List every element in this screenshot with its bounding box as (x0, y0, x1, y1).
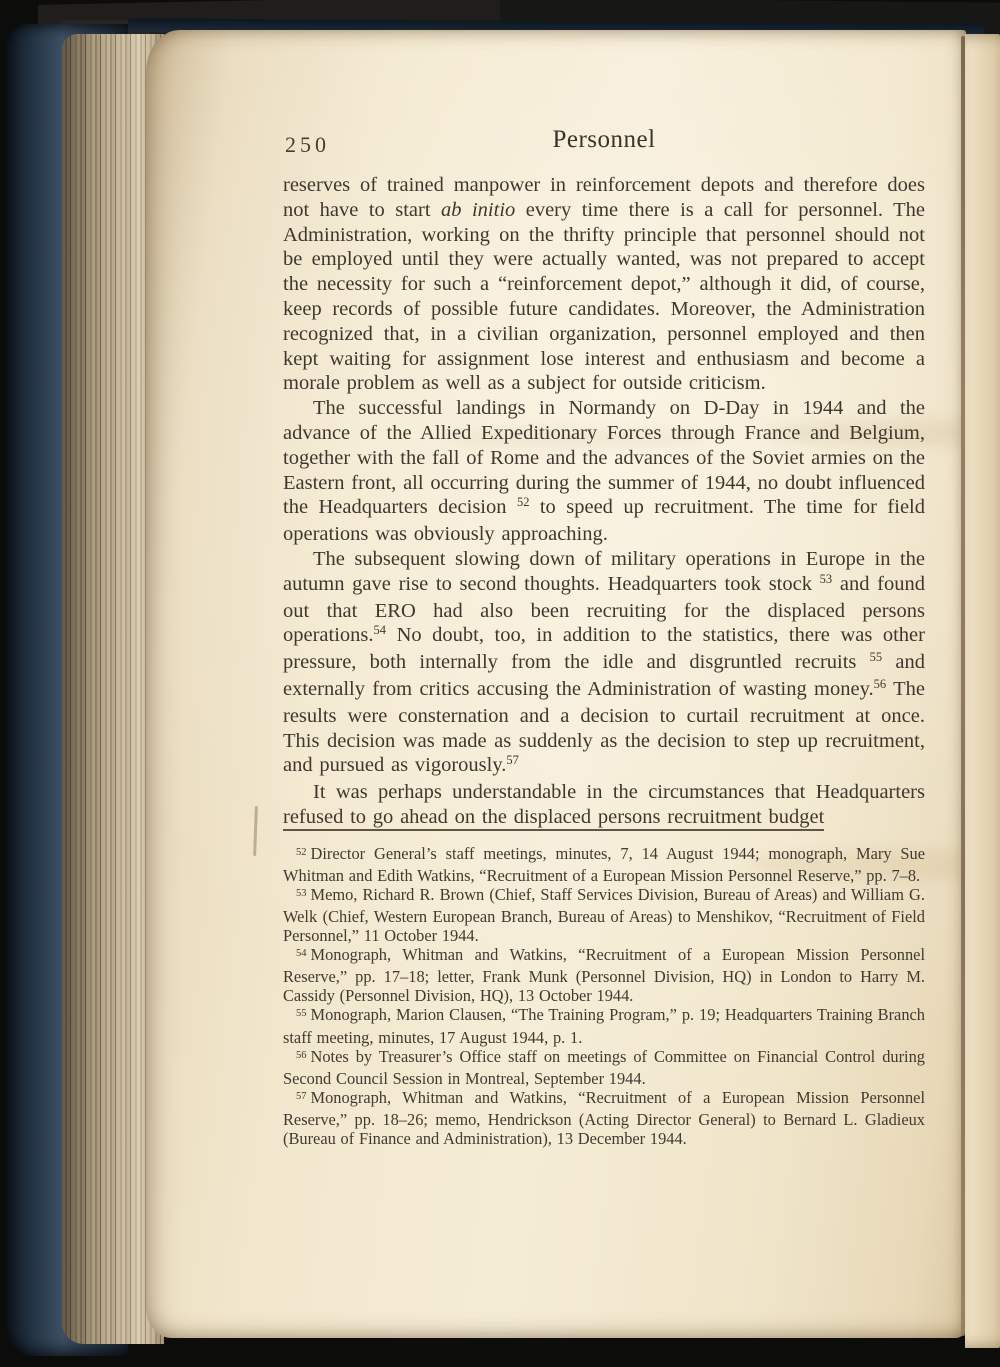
footnote-number: 52 (296, 847, 307, 858)
footnote-text: Notes by Treasurer’s Office staff on mee… (283, 1047, 925, 1088)
footnote-reference: 54 (374, 623, 387, 637)
footnote: 56Notes by Treasurer’s Office staff on m… (283, 1047, 925, 1088)
footnote-text: Monograph, Marion Clausen, “The Training… (283, 1005, 925, 1046)
page-number: 250 (285, 132, 330, 158)
footnotes-section: 52Director General’s staff meetings, min… (283, 844, 925, 1148)
footnote: 55Monograph, Marion Clausen, “The Traini… (283, 1005, 925, 1046)
footnote-number: 53 (296, 888, 307, 899)
footnote: 57Monograph, Whitman and Watkins, “Recru… (283, 1088, 925, 1148)
footnote-number: 55 (296, 1008, 307, 1019)
footnote-text: Director General’s staff meetings, minut… (283, 844, 925, 885)
footnote-number: 54 (296, 948, 307, 959)
footnote-text: Monograph, Whitman and Watkins, “Recruit… (283, 945, 925, 1005)
margin-pencil-mark (253, 806, 258, 856)
footnote: 53Memo, Richard R. Brown (Chief, Staff S… (283, 885, 925, 945)
running-header: 250 Personnel (283, 126, 925, 160)
page-content: 250 Personnel reserves of trained manpow… (283, 126, 925, 1148)
running-head-title: Personnel (283, 126, 925, 154)
body-paragraph: The subsequent slowing down of military … (283, 547, 925, 780)
book-page: 250 Personnel reserves of trained manpow… (146, 30, 966, 1338)
body-paragraph: The successful landings in Normandy on D… (283, 396, 925, 547)
body-paragraph: It was perhaps understandable in the cir… (283, 780, 925, 830)
footnote-reference: 53 (820, 572, 833, 586)
next-page-sliver (965, 34, 1000, 1348)
footnote-text: Monograph, Whitman and Watkins, “Recruit… (283, 1088, 925, 1148)
footnote-reference: 57 (506, 753, 519, 767)
footnote-reference: 55 (870, 650, 883, 664)
footnote-reference: 52 (517, 495, 530, 509)
body-text: reserves of trained manpower in reinforc… (283, 173, 925, 830)
footnote-number: 57 (296, 1091, 307, 1102)
footnote-text: Memo, Richard R. Brown (Chief, Staff Ser… (283, 885, 925, 945)
book-photo: 250 Personnel reserves of trained manpow… (0, 0, 1000, 1367)
footnote-reference: 56 (874, 677, 887, 691)
body-paragraph: reserves of trained manpower in reinforc… (283, 173, 925, 396)
underlined-text: refused to go ahead on the displaced per… (283, 806, 824, 831)
footnote: 52Director General’s staff meetings, min… (283, 844, 925, 885)
footnote-number: 56 (296, 1050, 307, 1061)
footnote: 54Monograph, Whitman and Watkins, “Recru… (283, 945, 925, 1005)
